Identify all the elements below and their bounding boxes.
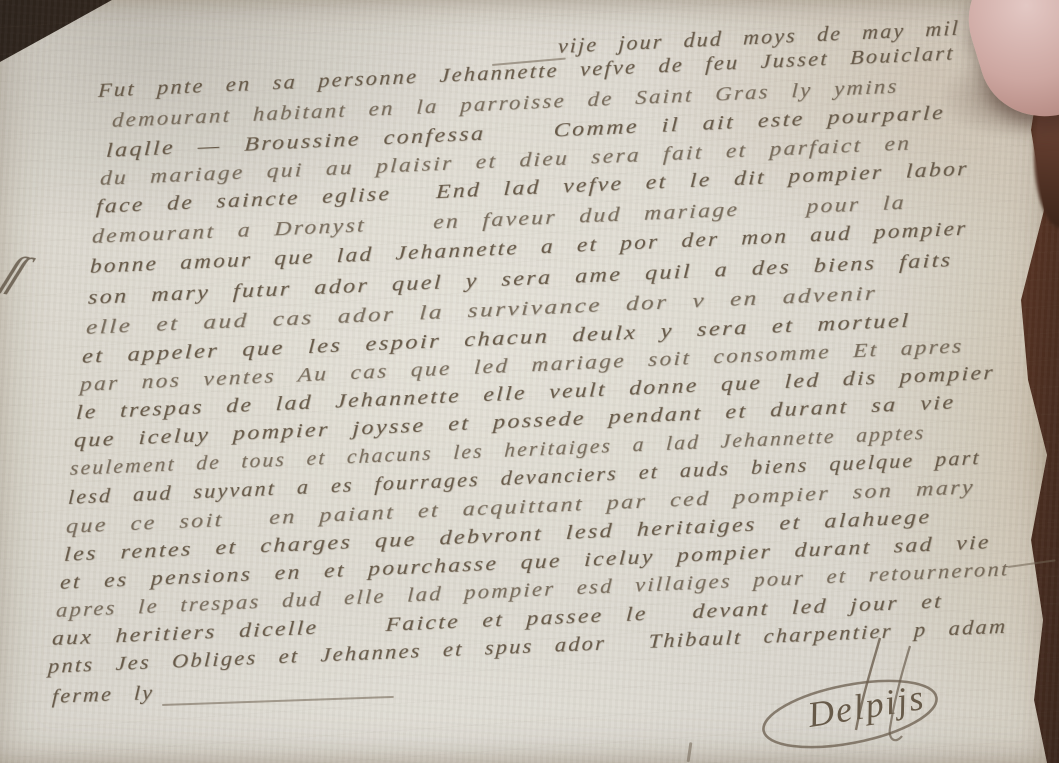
signature: Delpijs (752, 632, 1032, 762)
signature-flourish: Delpijs (752, 632, 1032, 762)
manuscript-photo: vije jour dud moys de may mil iiijc my F… (0, 0, 1059, 763)
handwritten-line: ferme ly (51, 682, 154, 709)
